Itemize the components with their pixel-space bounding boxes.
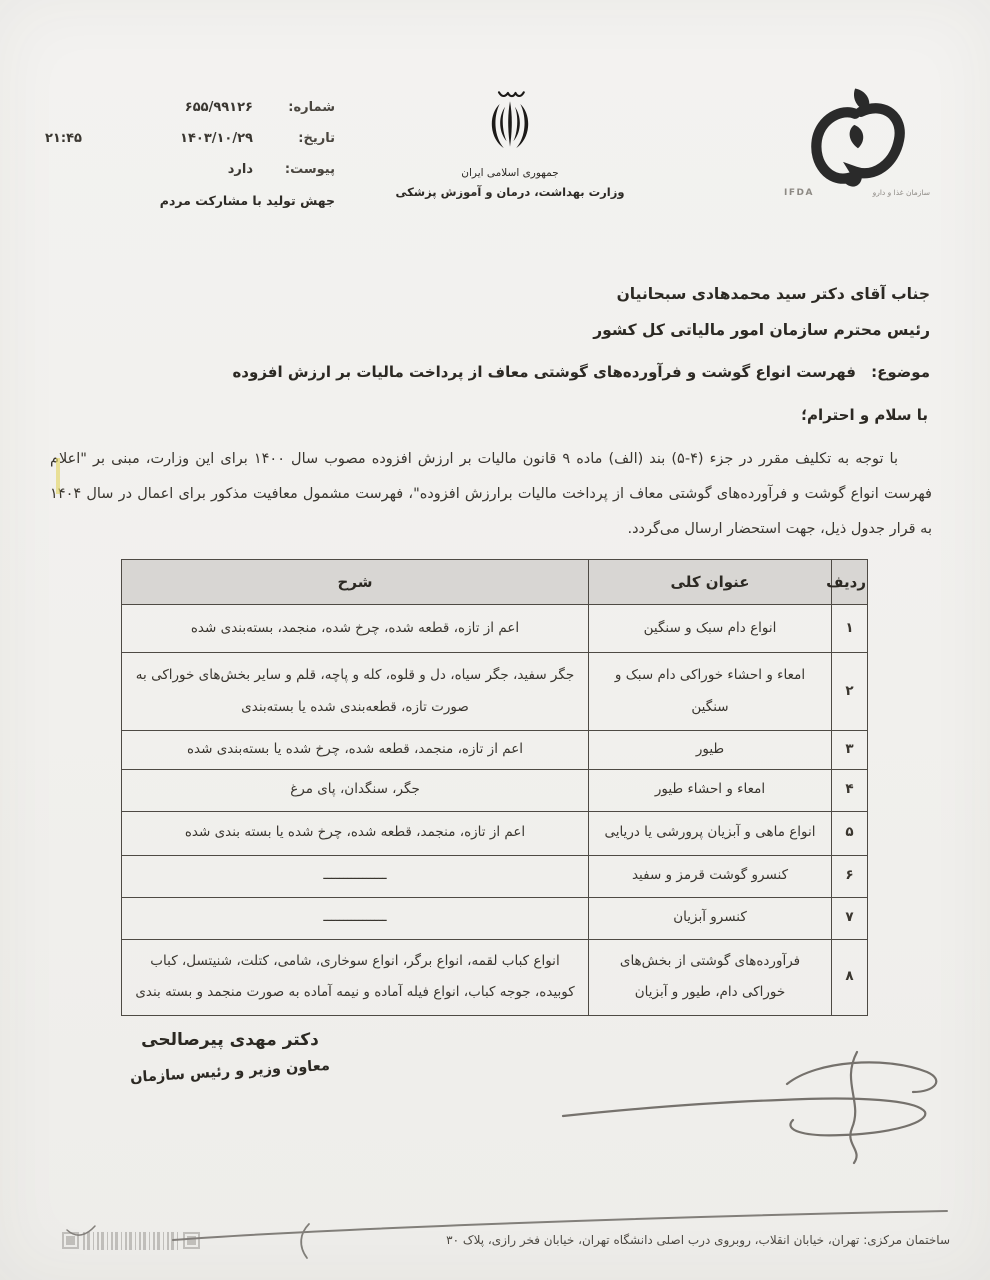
table-row: ۳ طیور اعم از تازه، منجمد، قطعه شده، چرخ… (122, 731, 868, 770)
subject-text: فهرست انواع گوشت و فرآورده‌های گوشتی معا… (232, 363, 855, 381)
number-label: شماره: (279, 100, 335, 115)
subject-line: موضوع: فهرست انواع گوشت و فرآورده‌های گو… (55, 363, 930, 381)
row-desc: اعم از تازه، قطعه شده، چرخ شده، منجمد، ب… (122, 605, 589, 653)
ifda-logo: سازمان غذا و دارو IFDA (782, 82, 932, 198)
row-number: ۵ (832, 811, 868, 855)
date-value: ۱۴۰۳/۱۰/۲۹ (180, 131, 253, 146)
scanned-letter-page: شماره: ۶۵۵/۹۹۱۲۶ تاریخ: ۱۴۰۳/۱۰/۲۹ ۲۱:۴۵… (0, 0, 990, 1280)
barcode-stamp (62, 1227, 200, 1254)
barcode-bars-icon (83, 1232, 179, 1250)
table-row: ۶ کنسرو گوشت قرمز و سفید ـــــــــــــــ… (122, 855, 868, 897)
exemption-table: ردیف عنوان کلی شرح ۱ انواع دام سبک و سنگ… (121, 559, 868, 1016)
signatory-title: معاون وزیر و رئیس سازمان (125, 1058, 336, 1087)
letterhead-meta: شماره: ۶۵۵/۹۹۱۲۶ تاریخ: ۱۴۰۳/۱۰/۲۹ ۲۱:۴۵… (45, 100, 335, 208)
row-number: ۶ (832, 855, 868, 897)
row-title: امعاء و احشاء خوراکی دام سبک و سنگین (589, 653, 832, 731)
row-title: فرآورده‌های گوشتی از بخش‌های خوراکی دام،… (589, 939, 832, 1015)
row-number: ۷ (832, 897, 868, 939)
row-desc: انواع کباب لقمه، انواع برگر، انواع سوخار… (122, 939, 589, 1015)
subject-label: موضوع: (871, 363, 930, 381)
ifda-apple-icon (782, 82, 932, 194)
letter-date-row: تاریخ: ۱۴۰۳/۱۰/۲۹ ۲۱:۴۵ (45, 131, 335, 146)
print-time: ۲۱:۴۵ (45, 131, 82, 146)
attachment-label: پیوست: (279, 162, 335, 177)
ifda-caption-fa: سازمان غذا و دارو (873, 188, 930, 198)
attachment-row: پیوست: دارد (45, 162, 335, 177)
table-row: ۸ فرآورده‌های گوشتی از بخش‌های خوراکی دا… (122, 939, 868, 1015)
country-name: جمهوری اسلامی ایران (385, 167, 635, 179)
table-header-row: ردیف عنوان کلی شرح (122, 560, 868, 605)
row-desc: ــــــــــــــــ (122, 855, 589, 897)
recipient-block: جناب آقای دکتر سید محمدهادی سبحانیان رئی… (55, 276, 930, 349)
table-row: ۷ کنسرو آبزیان ــــــــــــــــ (122, 897, 868, 939)
row-number: ۳ (832, 731, 868, 770)
row-title: کنسرو آبزیان (589, 897, 832, 939)
col-header-title: عنوان کلی (589, 560, 832, 605)
row-title: طیور (589, 731, 832, 770)
row-number: ۱ (832, 605, 868, 653)
col-header-desc: شرح (122, 560, 589, 605)
signatory-name: دکتر مهدی پیرصالحی (125, 1030, 335, 1050)
salutation: با سلام و احترام؛ (801, 406, 928, 424)
recipient-name: جناب آقای دکتر سید محمدهادی سبحانیان (55, 276, 930, 312)
row-desc: جگر سفید، جگر سیاه، دل و قلوه، کله و پاچ… (122, 653, 589, 731)
row-title: انواع ماهی و آبزیان پرورشی یا دریایی (589, 811, 832, 855)
row-number: ۴ (832, 769, 868, 811)
ifda-caption-en: IFDA (784, 188, 814, 198)
number-value: ۶۵۵/۹۹۱۲۶ (185, 100, 253, 115)
ifda-caption: سازمان غذا و دارو IFDA (782, 188, 932, 198)
row-title: کنسرو گوشت قرمز و سفید (589, 855, 832, 897)
ministry-letterhead: جمهوری اسلامی ایران وزارت بهداشت، درمان … (385, 84, 635, 199)
row-number: ۲ (832, 653, 868, 731)
row-desc: اعم از تازه، منجمد، قطعه شده، چرخ شده یا… (122, 811, 589, 855)
date-label: تاریخ: (279, 131, 335, 146)
row-number: ۸ (832, 939, 868, 1015)
table-row: ۲ امعاء و احشاء خوراکی دام سبک و سنگین ج… (122, 653, 868, 731)
table-row: ۱ انواع دام سبک و سنگین اعم از تازه، قطع… (122, 605, 868, 653)
table-row: ۵ انواع ماهی و آبزیان پرورشی یا دریایی ا… (122, 811, 868, 855)
table-row: ۴ امعاء و احشاء طیور جگر، سنگدان، پای مر… (122, 769, 868, 811)
barcode-square-icon (62, 1232, 79, 1249)
ministry-name: وزارت بهداشت، درمان و آموزش پزشکی (385, 185, 635, 199)
iran-emblem-icon (385, 84, 635, 164)
attachment-value: دارد (228, 162, 253, 177)
body-paragraph: با توجه به تکلیف مقرر در جزء (۴-۵) بند (… (50, 442, 932, 547)
signatory-block: دکتر مهدی پیرصالحی معاون وزیر و رئیس ساز… (125, 1030, 335, 1080)
col-header-row-number: ردیف (832, 560, 868, 605)
row-title: امعاء و احشاء طیور (589, 769, 832, 811)
footer-address: ساختمان مرکزی: تهران، خیابان انقلاب، روب… (446, 1233, 950, 1247)
row-desc: جگر، سنگدان، پای مرغ (122, 769, 589, 811)
recipient-title: رئیس محترم سازمان امور مالیاتی کل کشور (55, 312, 930, 348)
handwritten-signature-icon (555, 1042, 945, 1167)
row-desc: اعم از تازه، منجمد، قطعه شده، چرخ شده یا… (122, 731, 589, 770)
year-slogan: جهش تولید با مشارکت مردم (45, 193, 335, 208)
row-title: انواع دام سبک و سنگین (589, 605, 832, 653)
letter-number-row: شماره: ۶۵۵/۹۹۱۲۶ (45, 100, 335, 115)
scan-artifact (56, 458, 60, 494)
row-desc: ــــــــــــــــ (122, 897, 589, 939)
barcode-square-icon (183, 1232, 200, 1249)
